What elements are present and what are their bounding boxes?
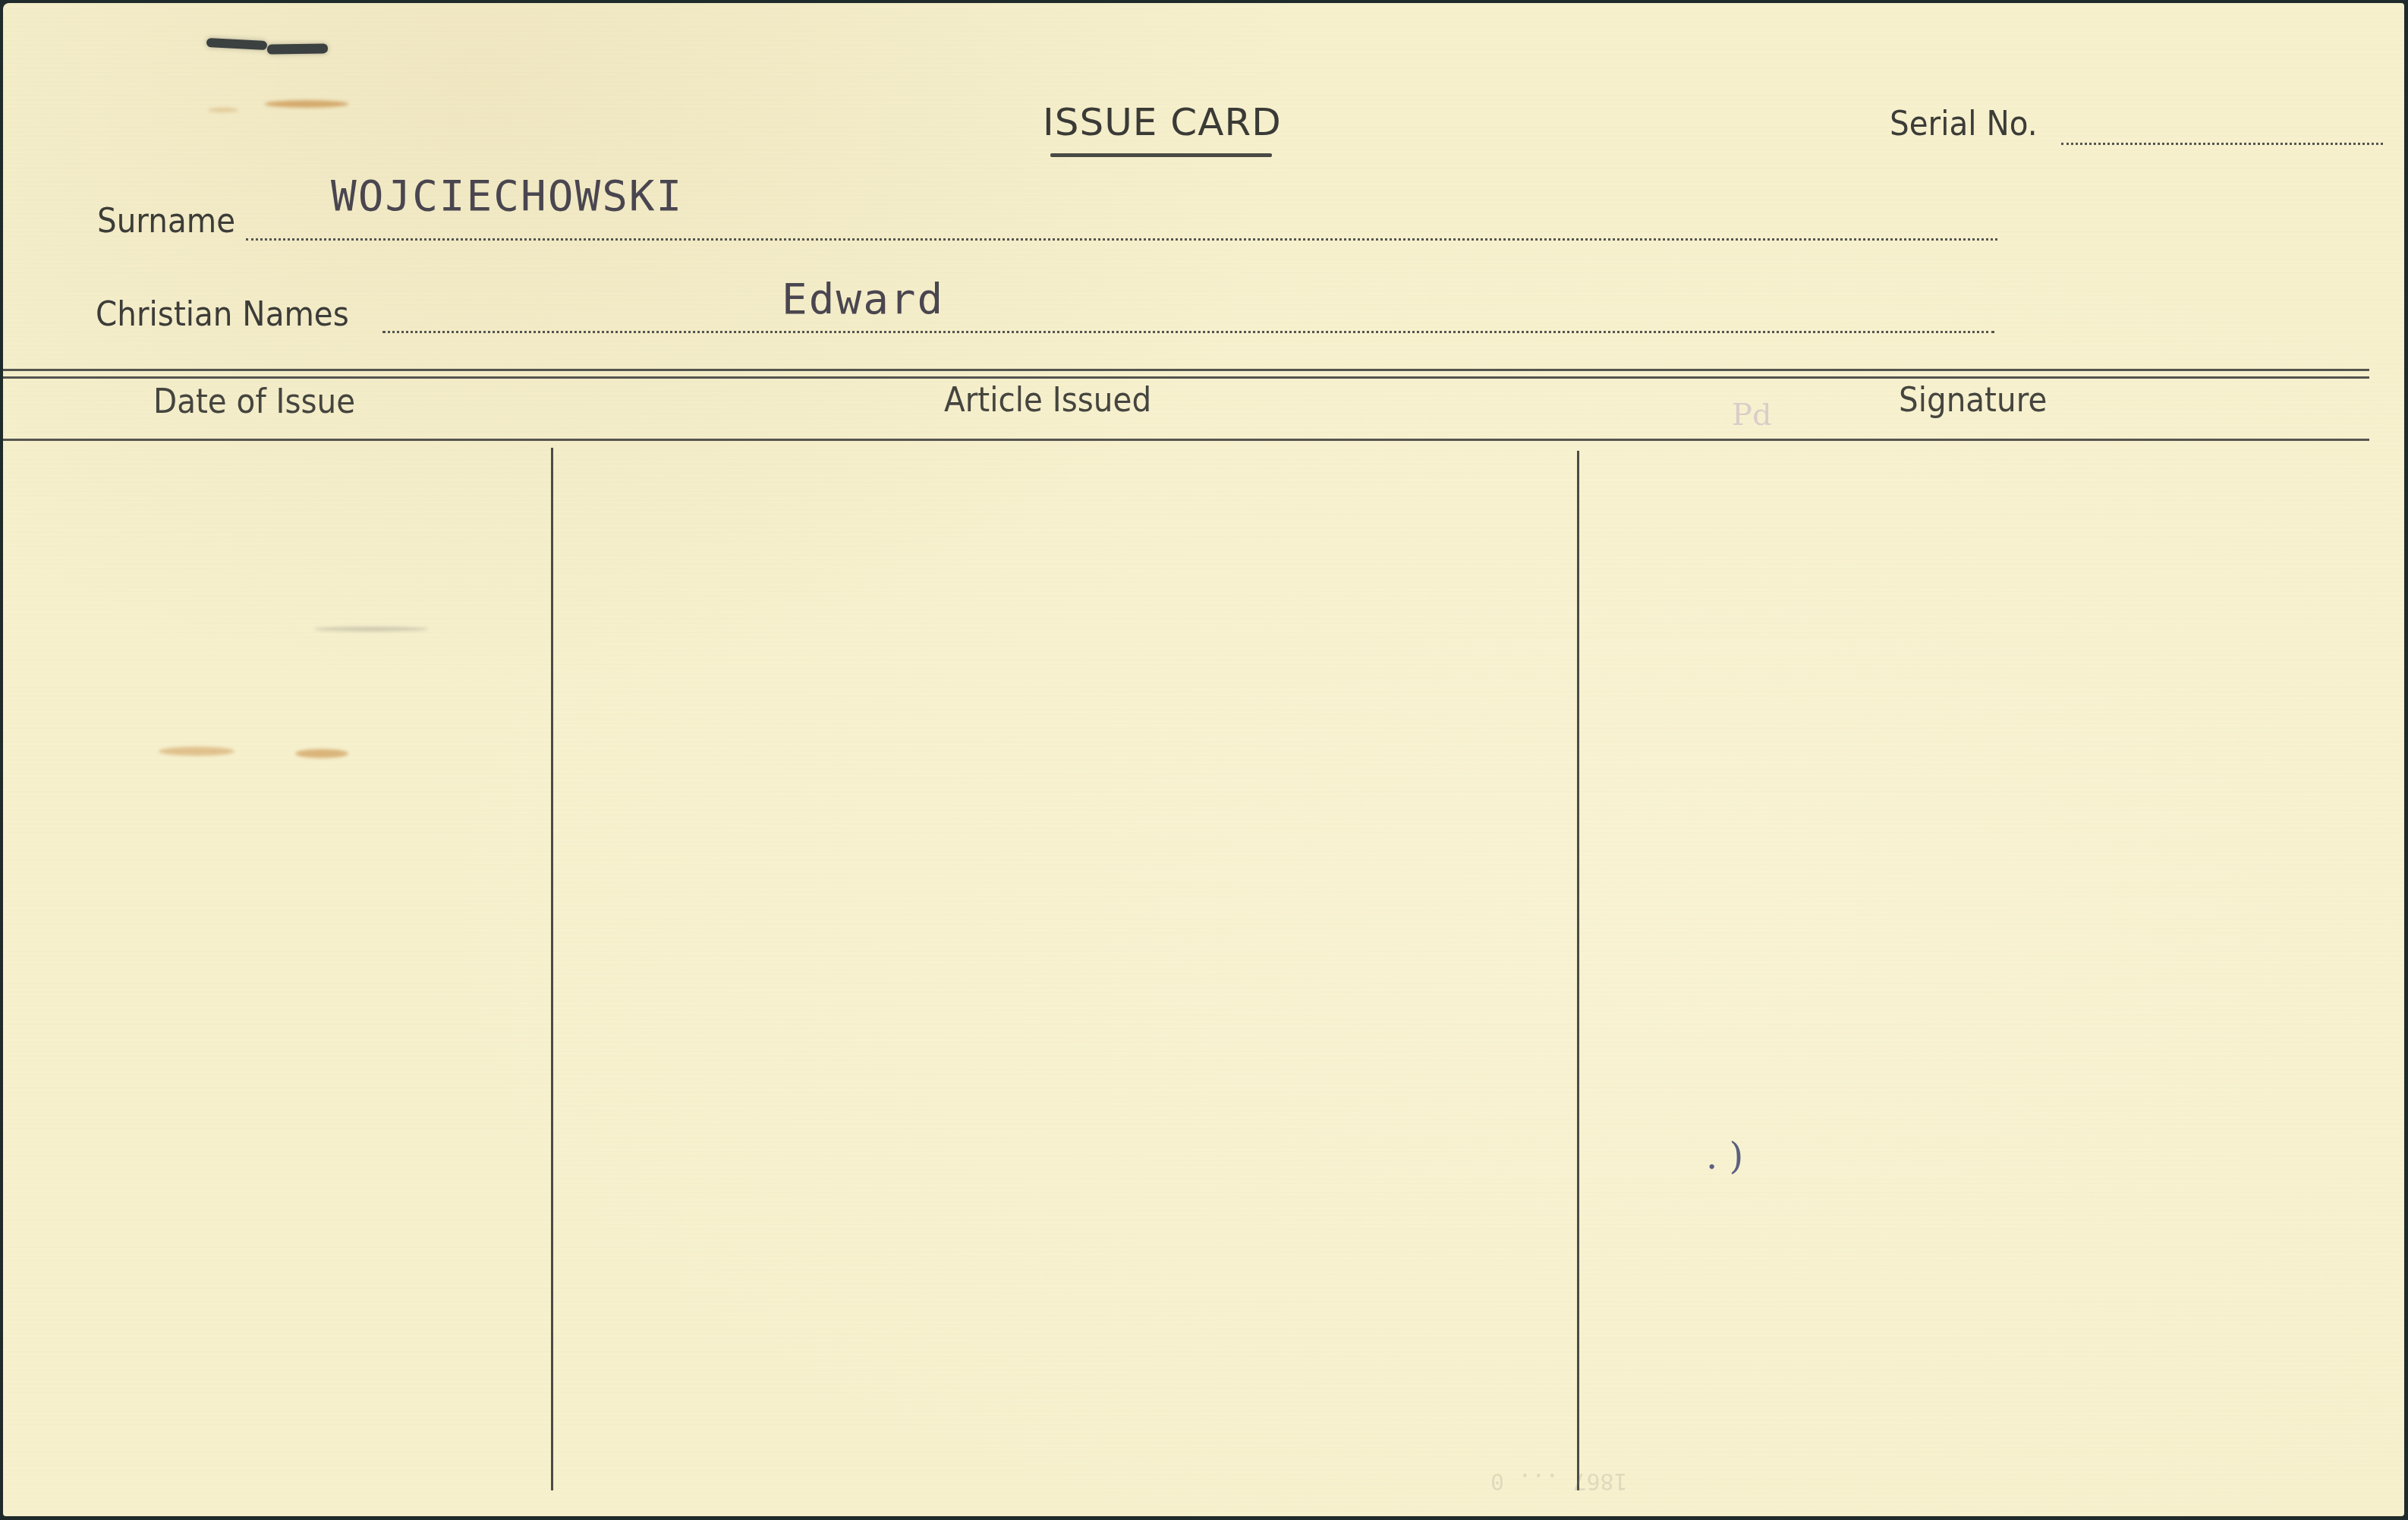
- surname-label: Surname: [97, 202, 235, 241]
- column-header-article-issued: Article Issued: [944, 381, 1151, 420]
- column-header-date-of-issue: Date of Issue: [153, 382, 355, 421]
- staple-mark: [206, 39, 335, 56]
- article-issued-column[interactable]: [554, 443, 1575, 1513]
- header-rule-second: [3, 376, 2369, 379]
- header-rule-top: [3, 369, 2369, 371]
- faint-stamp: Pd: [1732, 398, 1772, 433]
- rust-stain: [208, 108, 238, 112]
- header-rule-bottom: [3, 439, 2369, 441]
- signature-column[interactable]: [1580, 443, 2400, 1513]
- serial-label: Serial No.: [1890, 105, 2038, 143]
- date-of-issue-column[interactable]: [3, 443, 549, 1513]
- christian-names-label: Christian Names: [96, 295, 349, 334]
- christian-names-field-line[interactable]: [382, 331, 1994, 333]
- title-underline: [1050, 153, 1272, 157]
- issue-card: ISSUE CARD Serial No. Surname WOJCIECHOW…: [3, 3, 2404, 1516]
- surname-value: WOJCIECHOWSKI: [331, 172, 683, 221]
- ink-mark: . ): [1706, 1135, 1743, 1178]
- card-title: ISSUE CARD: [1043, 100, 1282, 144]
- surname-field-line[interactable]: [246, 238, 1997, 241]
- column-header-signature: Signature: [1899, 381, 2047, 420]
- column-divider-1: [551, 448, 553, 1490]
- faint-bleedthrough-number: 1867 ... 0: [1490, 1468, 1628, 1494]
- rust-stain: [265, 100, 348, 108]
- christian-names-value: Edward: [782, 275, 944, 324]
- serial-field-line[interactable]: [2061, 143, 2383, 145]
- column-divider-2: [1577, 451, 1579, 1490]
